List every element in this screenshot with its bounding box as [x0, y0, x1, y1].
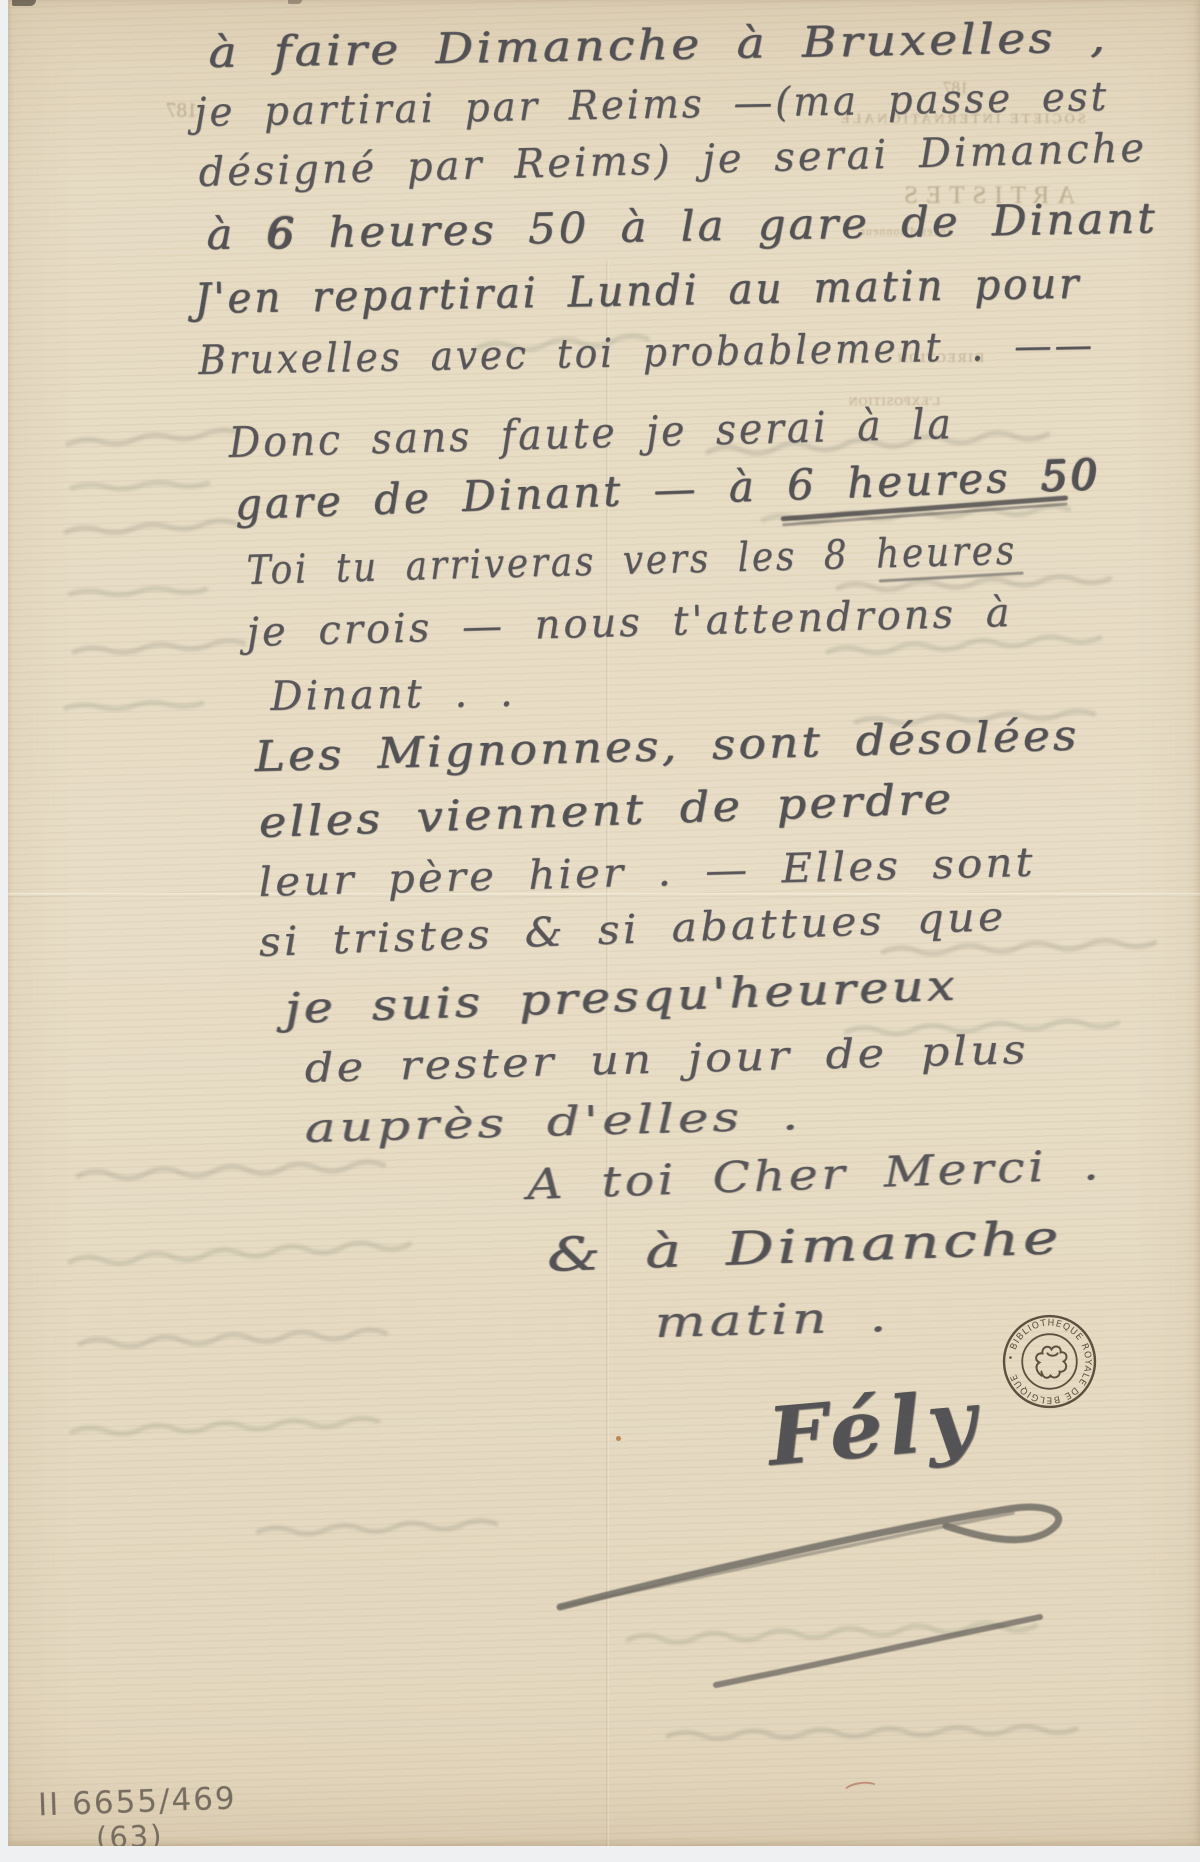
scan-background: { "colors": { "paper": "#e8ddc6", "ink":…: [0, 0, 1200, 1862]
paper: 187SOCIETE INTERNATIONALE187ARTISTESance…: [8, 0, 1200, 1846]
ghost-handwriting-stroke: [66, 520, 236, 535]
archival-number: (63): [95, 1819, 164, 1846]
archival-shelfmark: II 6655/469: [37, 1781, 237, 1824]
letter-line-part: à: [206, 209, 267, 259]
letter-line-part: Dinant . .: [270, 670, 516, 720]
signature-flourish: [468, 1455, 1108, 1705]
letter-line: matin .: [654, 1292, 891, 1347]
ghost-handwriting-stroke: [68, 429, 238, 447]
stamp-text: • BIBLIOTHEQUE ROYALE DE BELGIQUE: [1007, 1319, 1093, 1405]
letter-line-part: matin .: [654, 1292, 891, 1347]
letter-line-part: 50: [1010, 450, 1101, 502]
ghost-handwriting-stroke: [258, 1520, 496, 1535]
ghost-handwriting-stroke: [66, 701, 202, 711]
ghost-handwriting-stroke: [668, 1725, 1076, 1739]
lion-emblem-icon: [1036, 1347, 1066, 1378]
ghost-handwriting-stroke: [74, 640, 244, 655]
ghost-handwriting-stroke: [72, 481, 208, 491]
svg-text:• BIBLIOTHEQUE ROYALE DE BELGI: • BIBLIOTHEQUE ROYALE DE BELGIQUE: [1007, 1319, 1093, 1405]
ghost-handwriting-stroke: [72, 1418, 378, 1436]
letter-line-part: 8 heures: [823, 528, 1017, 579]
torn-edge-mark: [288, 0, 302, 4]
paper-speck: [616, 1436, 621, 1441]
library-stamp: • BIBLIOTHEQUE ROYALE DE BELGIQUE: [1001, 1313, 1098, 1410]
letter-line-part: 6 heures: [786, 453, 1011, 510]
letter-line-part: 6: [266, 208, 297, 258]
ghost-handwriting-stroke: [838, 575, 1110, 591]
torn-edge-mark: [12, 0, 36, 6]
ghost-letterhead-item: 187: [166, 98, 198, 123]
ghost-handwriting-stroke: [70, 1240, 410, 1266]
ghost-handwriting-stroke: [80, 1329, 386, 1348]
ghost-handwriting-stroke: [78, 1161, 384, 1180]
letter-line: Dinant . .: [270, 670, 516, 720]
ghost-handwriting-stroke: [70, 587, 206, 597]
